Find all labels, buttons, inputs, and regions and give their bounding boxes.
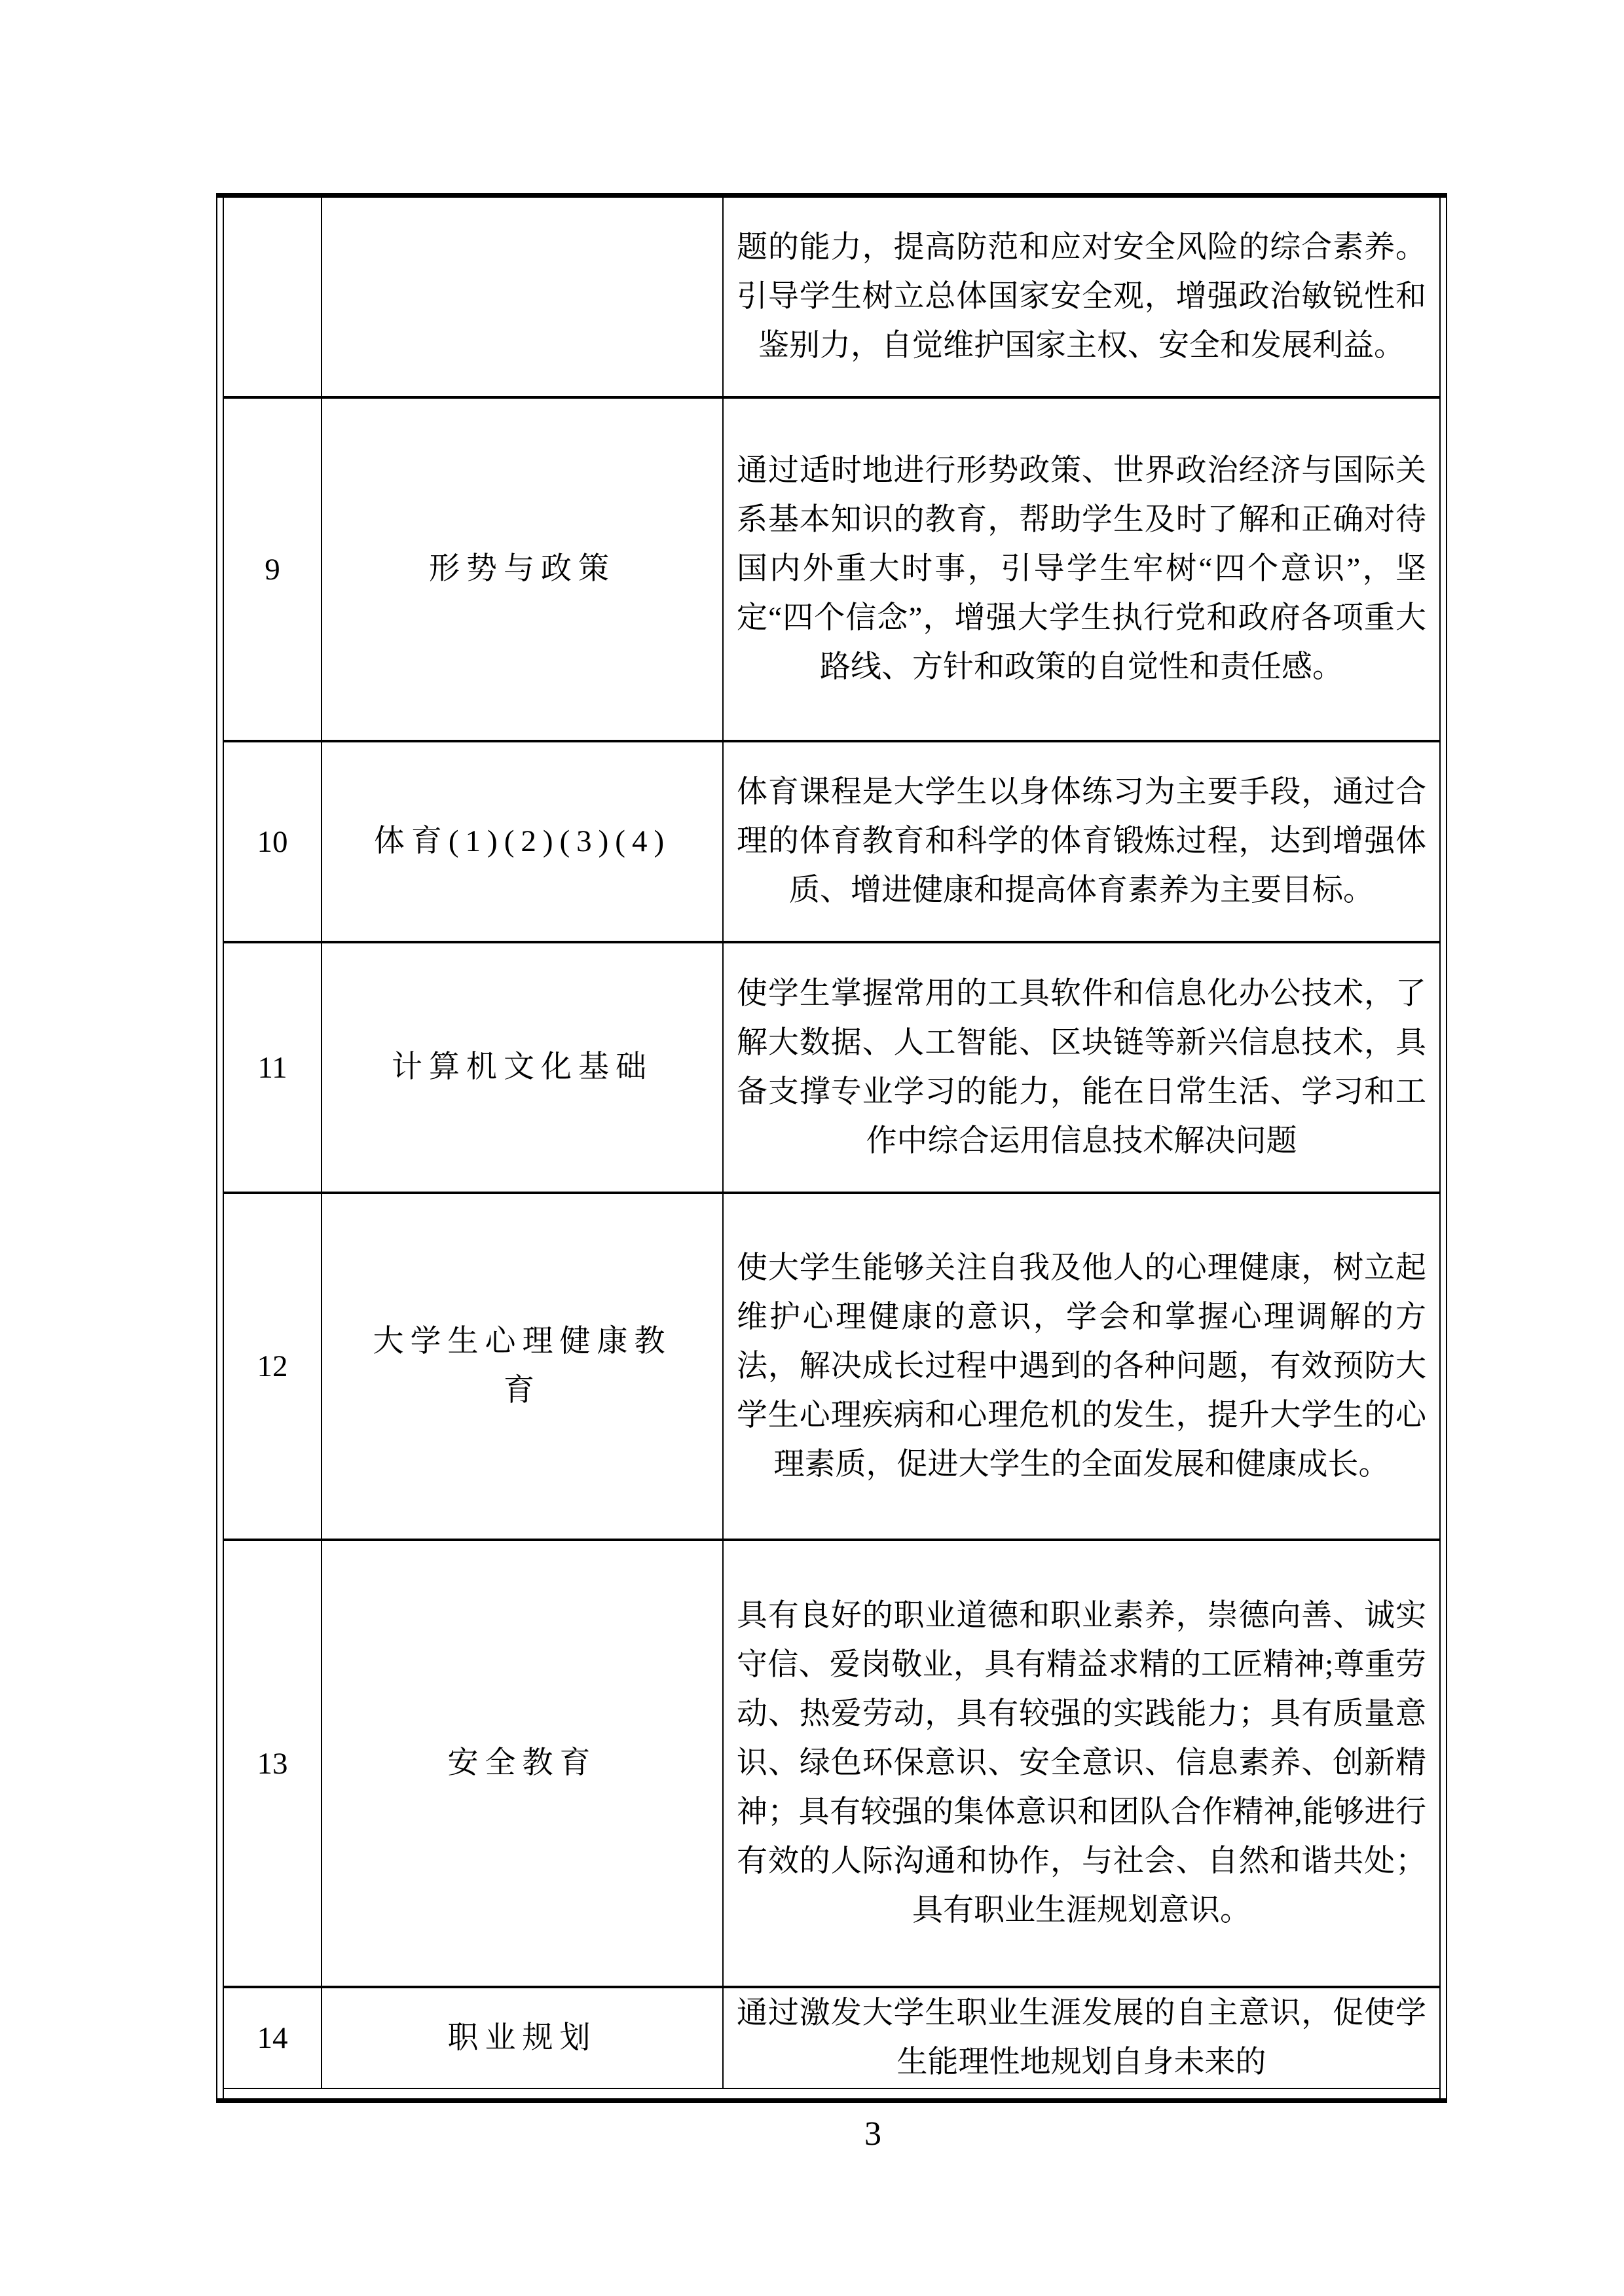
table-row-13: 13 安全教育 具有良好的职业道德和职业素养，崇德向善、诚实守信、爱岗敬业，具有… xyxy=(224,1541,1439,1988)
cell-number: 11 xyxy=(224,943,322,1192)
page-number: 3 xyxy=(864,2115,881,2154)
cell-number: 12 xyxy=(224,1194,322,1539)
cell-course-description: 体育课程是大学生以身体练习为主要手段，通过合理的体育教育和科学的体育锻炼过程，达… xyxy=(724,742,1439,941)
cell-course-name xyxy=(322,198,724,396)
cell-course-name: 职业规划 xyxy=(322,1988,724,2088)
cell-course-name: 体育(1)(2)(3)(4) xyxy=(322,742,724,941)
cell-course-name: 计算机文化基础 xyxy=(322,943,724,1192)
cell-course-description: 使学生掌握常用的工具软件和信息化办公技术，了解大数据、人工智能、区块链等新兴信息… xyxy=(724,943,1439,1192)
course-description: 通过激发大学生职业生涯发展的自主意识，促使学生能理性地规划自身未来的 xyxy=(724,1989,1439,2087)
cell-number: 9 xyxy=(224,399,322,740)
row-number: 10 xyxy=(257,824,288,860)
row-number: 9 xyxy=(265,552,280,587)
cell-number xyxy=(224,198,322,396)
table-rows: 题的能力，提高防范和应对安全风险的综合素养。引导学生树立总体国家安全观，增强政治… xyxy=(224,198,1439,2089)
document-page: 题的能力，提高防范和应对安全风险的综合素养。引导学生树立总体国家安全观，增强政治… xyxy=(0,0,1624,2296)
table-row-14: 14 职业规划 通过激发大学生职业生涯发展的自主意识，促使学生能理性地规划自身未… xyxy=(224,1988,1439,2089)
table-row-12: 12 大学生心理健康教 育 使大学生能够关注自我及他人的心理健康，树立起维护心理… xyxy=(224,1194,1439,1541)
cell-course-name: 形势与政策 xyxy=(322,399,724,740)
cell-number: 14 xyxy=(224,1988,322,2088)
course-description: 使学生掌握常用的工具软件和信息化办公技术，了解大数据、人工智能、区块链等新兴信息… xyxy=(724,970,1439,1166)
course-name: 形势与政策 xyxy=(429,545,616,594)
table-row-11: 11 计算机文化基础 使学生掌握常用的工具软件和信息化办公技术，了解大数据、人工… xyxy=(224,943,1439,1194)
row-number: 12 xyxy=(257,1349,288,1384)
course-name: 大学生心理健康教 育 xyxy=(373,1317,672,1415)
table-row-10: 10 体育(1)(2)(3)(4) 体育课程是大学生以身体练习为主要手段，通过合… xyxy=(224,742,1439,943)
row-number: 11 xyxy=(257,1050,287,1085)
course-name: 安全教育 xyxy=(448,1739,597,1788)
course-description: 通过适时地进行形势政策、世界政治经济与国际关系基本知识的教育，帮助学生及时了解和… xyxy=(724,446,1439,692)
course-table: 题的能力，提高防范和应对安全风险的综合素养。引导学生树立总体国家安全观，增强政治… xyxy=(216,193,1447,2103)
cell-course-description: 通过激发大学生职业生涯发展的自主意识，促使学生能理性地规划自身未来的 xyxy=(724,1988,1439,2088)
course-description: 使大学生能够关注自我及他人的心理健康，树立起维护心理健康的意识，学会和掌握心理调… xyxy=(724,1244,1439,1489)
table-row-9: 9 形势与政策 通过适时地进行形势政策、世界政治经济与国际关系基本知识的教育，帮… xyxy=(224,399,1439,742)
cell-number: 10 xyxy=(224,742,322,941)
course-description: 题的能力，提高防范和应对安全风险的综合素养。引导学生树立总体国家安全观，增强政治… xyxy=(724,223,1439,371)
cell-course-description: 通过适时地进行形势政策、世界政治经济与国际关系基本知识的教育，帮助学生及时了解和… xyxy=(724,399,1439,740)
course-description: 具有良好的职业道德和职业素养，崇德向善、诚实守信、爱岗敬业，具有精益求精的工匠精… xyxy=(724,1592,1439,1935)
row-number: 13 xyxy=(257,1746,288,1781)
course-name: 职业规划 xyxy=(448,2014,597,2063)
cell-number: 13 xyxy=(224,1541,322,1986)
table-row-8-continued: 题的能力，提高防范和应对安全风险的综合素养。引导学生树立总体国家安全观，增强政治… xyxy=(224,198,1439,399)
table-right-inner-border xyxy=(1439,198,1441,2098)
cell-course-name: 大学生心理健康教 育 xyxy=(322,1194,724,1539)
cell-course-name: 安全教育 xyxy=(322,1541,724,1986)
cell-course-description: 具有良好的职业道德和职业素养，崇德向善、诚实守信、爱岗敬业，具有精益求精的工匠精… xyxy=(724,1541,1439,1986)
cell-course-description: 题的能力，提高防范和应对安全风险的综合素养。引导学生树立总体国家安全观，增强政治… xyxy=(724,198,1439,396)
course-description: 体育课程是大学生以身体练习为主要手段，通过合理的体育教育和科学的体育锻炼过程，达… xyxy=(724,768,1439,915)
cell-course-description: 使大学生能够关注自我及他人的心理健康，树立起维护心理健康的意识，学会和掌握心理调… xyxy=(724,1194,1439,1539)
row-number: 14 xyxy=(257,2020,288,2056)
course-name: 计算机文化基础 xyxy=(392,1043,653,1092)
course-name: 体育(1)(2)(3)(4) xyxy=(374,817,671,866)
